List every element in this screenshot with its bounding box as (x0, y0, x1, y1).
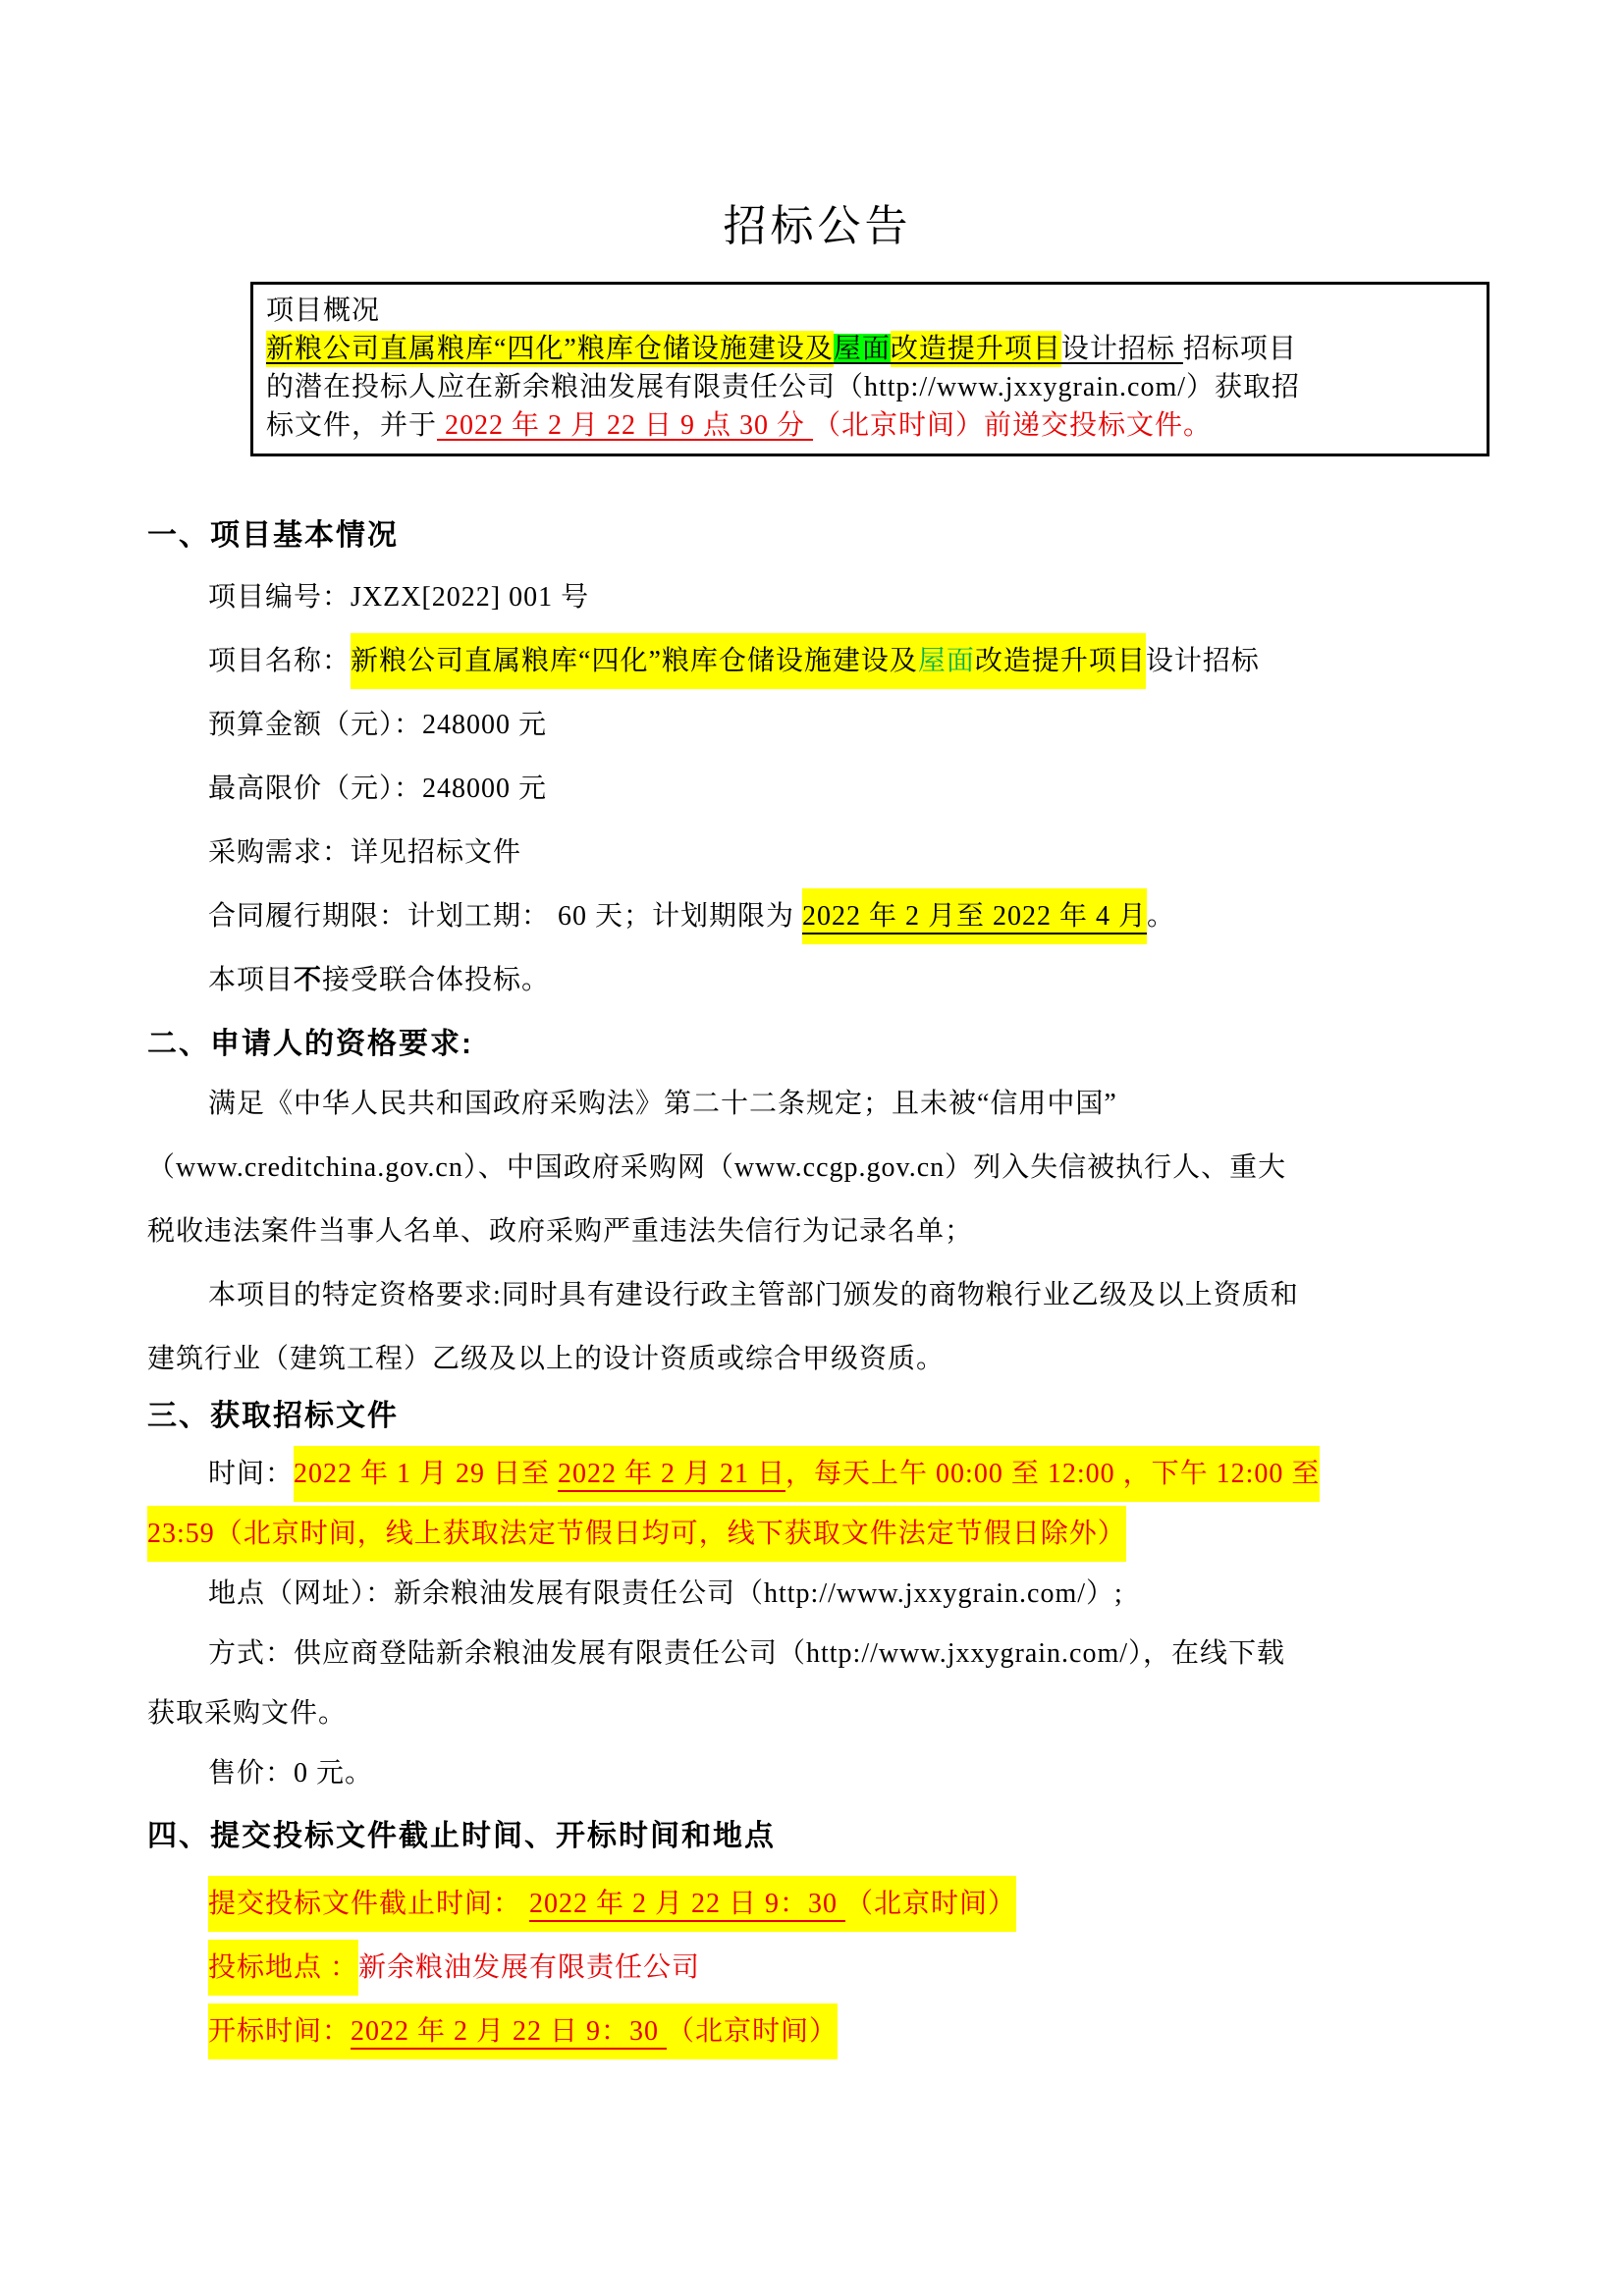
text-run: 23:59（北京时间，线上获取法定节假日均可，线下获取文件法定节假日除外） (147, 1506, 1126, 1562)
text-run: 2022 年 1 月 29 日至 (294, 1446, 558, 1502)
text-run: 屋面 (834, 334, 891, 364)
text-run: 售价：0 元。 (208, 1758, 373, 1789)
text-run: 的潜在投标人应在新余粮油发展有限责任公司（http://www.jxxygrai… (266, 372, 1300, 402)
text-run: 新粮公司直属粮库“四化”粮库仓储设施建设及 (266, 331, 834, 367)
text-line: 税收违法案件当事人名单、政府采购严重违法失信行为记录名单； (147, 1200, 1488, 1263)
text-run: 本项目的特定资格要求:同时具有建设行政主管部门颁发的商物粮行业乙级及以上资质和 (208, 1280, 1299, 1310)
text-line: 预算金额（元）：248000 元 (147, 693, 1488, 757)
text-run: 标文件，并于 (266, 410, 437, 441)
text-run: 最高限价（元）：248000 元 (208, 774, 547, 804)
text-run: 2022 年 2 月 21 日 (558, 1446, 785, 1502)
text-line: 方式：供应商登陆新余粮油发展有限责任公司（http://www.jxxygrai… (147, 1624, 1488, 1683)
text-line: 项目编号：JXZX[2022] 001 号 (147, 565, 1488, 629)
text-line: 提交投标文件截止时间： 2022 年 2 月 22 日 9：30 （北京时间） (147, 1872, 1488, 1936)
text-run: 采购需求：详见招标文件 (208, 837, 521, 868)
text-line: 开标时间：2022 年 2 月 22 日 9：30 （北京时间） (147, 2000, 1488, 2063)
section-2-lines: 满足《中华人民共和国政府采购法》第二十二条规定；且未被“信用中国”（www.cr… (147, 1072, 1488, 1391)
text-line: 最高限价（元）：248000 元 (147, 757, 1488, 821)
text-line: 售价：0 元。 (147, 1743, 1488, 1803)
text-run: 满足《中华人民共和国政府采购法》第二十二条规定；且未被“信用中国” (208, 1089, 1117, 1119)
document-page: 招标公告 项目概况新粮公司直属粮库“四化”粮库仓储设施建设及屋面改造提升项目设计… (0, 0, 1624, 2296)
text-run: 本项目 (208, 965, 294, 995)
text-line: 地点（网址）：新余粮油发展有限责任公司（http://www.jxxygrain… (147, 1564, 1488, 1624)
section-heading-2: 二、申请人的资格要求: (147, 1027, 1488, 1062)
page-title: 招标公告 (147, 201, 1488, 252)
text-line: （www.creditchina.gov.cn）、中国政府采购网（www.ccg… (147, 1136, 1488, 1200)
text-run: 建筑行业（建筑工程）乙级及以上的设计资质或综合甲级资质。 (147, 1344, 945, 1374)
text-line: 合同履行期限：计划工期： 60 天；计划期限为 2022 年 2 月至 2022… (147, 884, 1488, 948)
text-run: 提交投标文件截止时间： (208, 1876, 529, 1932)
text-run: 设计招标 (1146, 646, 1260, 676)
text-run: 获取采购文件。 (147, 1698, 347, 1729)
text-line: 获取采购文件。 (147, 1683, 1488, 1743)
text-run: 招标项目 (1183, 334, 1297, 364)
text-run: 不 (294, 965, 322, 995)
text-run: （北京时间） (667, 2003, 838, 2059)
text-line: 的潜在投标人应在新余粮油发展有限责任公司（http://www.jxxygrai… (266, 368, 1474, 406)
text-line: 建筑行业（建筑工程）乙级及以上的设计资质或综合甲级资质。 (147, 1327, 1488, 1391)
text-run: 税收违法案件当事人名单、政府采购严重违法失信行为记录名单； (147, 1216, 973, 1247)
section-heading-3: 三、获取招标文件 (147, 1399, 1488, 1434)
text-run: 接受联合体投标。 (322, 965, 550, 995)
text-run: 2022 年 2 月 22 日 9 点 30 分 (437, 410, 813, 441)
text-run: 改造提升项目 (975, 633, 1146, 689)
text-run: 2022 年 2 月 22 日 9：30 (529, 1876, 845, 1932)
text-run: 新粮公司直属粮库“四化”粮库仓储设施建设及 (351, 633, 918, 689)
text-line: 本项目的特定资格要求:同时具有建设行政主管部门颁发的商物粮行业乙级及以上资质和 (147, 1263, 1488, 1327)
text-run: 合同履行期限：计划工期： 60 天；计划期限为 (208, 901, 802, 932)
text-line: 新粮公司直属粮库“四化”粮库仓储设施建设及屋面改造提升项目设计招标 招标项目 (266, 330, 1474, 368)
text-run: （北京时间） (845, 1876, 1016, 1932)
text-line: 采购需求：详见招标文件 (147, 821, 1488, 884)
text-run: 2022 年 2 月至 2022 年 4 月 (802, 888, 1147, 944)
text-line: 项目概况 (266, 292, 1474, 330)
text-run: 新余粮油发展有限责任公司 (358, 1952, 700, 1983)
text-run: 屋面 (918, 633, 975, 689)
text-line: 投标地点 ：新余粮油发展有限责任公司 (147, 1936, 1488, 2000)
text-run: 。 (1147, 901, 1175, 932)
section-1-lines: 项目编号：JXZX[2022] 001 号项目名称：新粮公司直属粮库“四化”粮库… (147, 565, 1488, 1012)
text-run: 项目概况 (266, 295, 380, 326)
text-line: 项目名称：新粮公司直属粮库“四化”粮库仓储设施建设及屋面改造提升项目设计招标 (147, 629, 1488, 693)
text-run: （www.creditchina.gov.cn）、中国政府采购网（www.ccg… (147, 1152, 1286, 1183)
text-run: 设计招标 (1061, 334, 1183, 364)
text-line: 23:59（北京时间，线上获取法定节假日均可，线下获取文件法定节假日除外） (147, 1504, 1488, 1564)
project-overview-box: 项目概况新粮公司直属粮库“四化”粮库仓储设施建设及屋面改造提升项目设计招标 招标… (250, 282, 1489, 456)
text-run: （北京时间）前递交投标文件。 (813, 410, 1212, 441)
section-4-lines: 提交投标文件截止时间： 2022 年 2 月 22 日 9：30 （北京时间）投… (147, 1872, 1488, 2063)
text-line: 标文件，并于 2022 年 2 月 22 日 9 点 30 分 （北京时间）前递… (266, 406, 1474, 445)
text-run: 地点（网址）：新余粮油发展有限责任公司（http://www.jxxygrain… (208, 1578, 1123, 1609)
text-run: 投标地点 ： (208, 1940, 358, 1996)
section-3-lines: 时间：2022 年 1 月 29 日至 2022 年 2 月 21 日，每天上午… (147, 1444, 1488, 1803)
text-run: 预算金额（元）：248000 元 (208, 710, 547, 740)
text-line: 本项目不接受联合体投标。 (147, 948, 1488, 1012)
text-run: 2022 年 2 月 22 日 9：30 (351, 2003, 667, 2059)
text-run: 开标时间： (208, 2003, 351, 2059)
text-run: 项目编号：JXZX[2022] 001 号 (208, 582, 589, 613)
section-heading-4: 四、提交投标文件截止时间、开标时间和地点 (147, 1819, 1488, 1854)
text-run: 时间： (208, 1459, 294, 1489)
text-line: 时间：2022 年 1 月 29 日至 2022 年 2 月 21 日，每天上午… (147, 1444, 1488, 1504)
text-run: 改造提升项目 (891, 331, 1061, 367)
text-run: 方式：供应商登陆新余粮油发展有限责任公司（http://www.jxxygrai… (208, 1638, 1285, 1669)
section-heading-1: 一、项目基本情况 (147, 518, 1488, 554)
text-run: ，每天上午 00:00 至 12:00 ，下午 12:00 至 (785, 1446, 1320, 1502)
text-run: 项目名称： (208, 646, 351, 676)
text-line: 满足《中华人民共和国政府采购法》第二十二条规定；且未被“信用中国” (147, 1072, 1488, 1136)
